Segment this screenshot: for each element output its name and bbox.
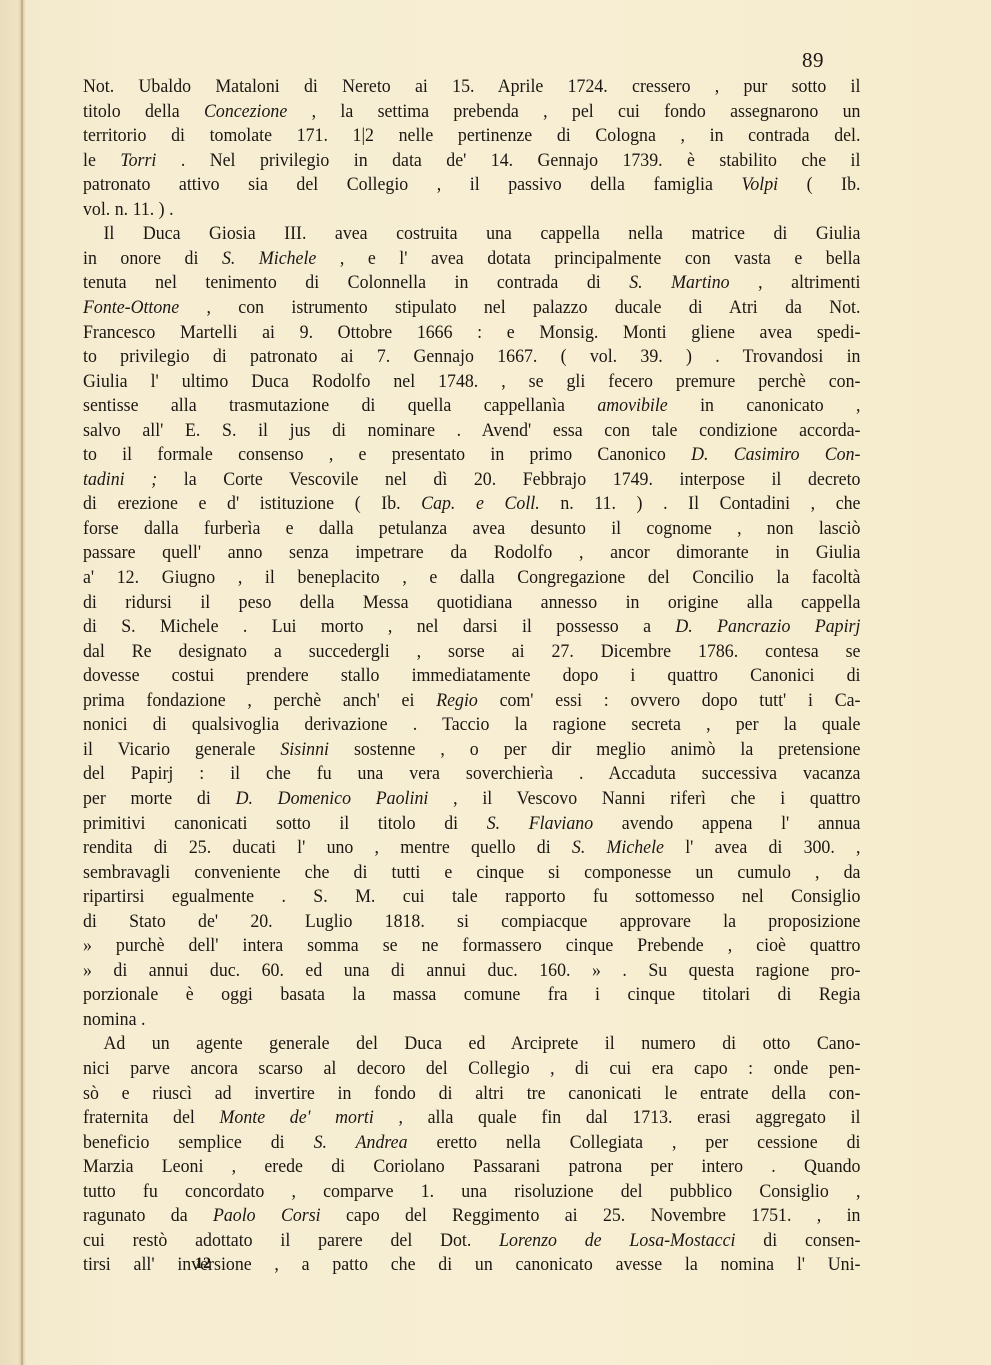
text-run: di Stato de' 20. Luglio 1818. si compiac…	[83, 911, 860, 932]
text-run: Giulia l' ultimo Duca Rodolfo nel 1748. …	[83, 371, 860, 392]
text-line: del Papirj : il che fu una vera soverchi…	[83, 762, 860, 787]
text-run: sentisse alla trasmutazione di quella ca…	[83, 395, 597, 416]
book-gutter-line	[21, 0, 23, 1365]
italic-text: amovibile	[597, 395, 667, 416]
text-line: » di annui duc. 60. ed una di annui duc.…	[83, 959, 860, 984]
text-run: forse dalla furberìa e dalla petulanza a…	[83, 518, 860, 539]
page-number: 89	[802, 48, 824, 73]
text-run: , e l' avea dotata principalmente con va…	[316, 248, 860, 269]
text-run: territorio di tomolate 171. 1|2 nelle pe…	[83, 125, 860, 146]
text-run: capo del Reggimento ai 25. Novembre 1751…	[321, 1205, 861, 1226]
italic-text: Volpi	[741, 174, 778, 195]
text-line: a' 12. Giugno , il beneplacito , e dalla…	[83, 566, 860, 591]
text-run: ripartirsi egualmente . S. M. cui tale r…	[83, 886, 860, 907]
text-line: nonici di qualsivoglia derivazione . Tac…	[83, 713, 860, 738]
text-run: di erezione e d' istituzione ( Ib.	[83, 493, 421, 514]
text-run: Ad un agente generale del Duca ed Arcipr…	[103, 1033, 860, 1054]
text-run: ragunato da	[83, 1205, 213, 1226]
text-run: salvo all' E. S. il jus di nominare . Av…	[83, 420, 860, 441]
italic-text: Cap. e Coll.	[421, 493, 540, 514]
text-line: di erezione e d' istituzione ( Ib. Cap. …	[83, 492, 860, 517]
text-line: nici parve ancora scarso al decoro del C…	[83, 1057, 860, 1082]
text-line: le Torri . Nel privilegio in data de' 14…	[83, 149, 860, 174]
text-run: nici parve ancora scarso al decoro del C…	[83, 1058, 860, 1079]
text-line: territorio di tomolate 171. 1|2 nelle pe…	[83, 124, 860, 149]
text-run: , con istrumento stipulato nel palazzo d…	[179, 297, 860, 318]
text-line: beneficio semplice di S. Andrea eretto n…	[83, 1131, 860, 1156]
text-line: » purchè dell' intera somma se ne formas…	[83, 934, 860, 959]
italic-text: Regio	[436, 690, 478, 711]
text-run: Marzia Leoni , erede di Coriolano Passar…	[83, 1156, 860, 1177]
text-line: Giulia l' ultimo Duca Rodolfo nel 1748. …	[83, 370, 860, 395]
text-line: Francesco Martelli ai 9. Ottobre 1666 : …	[83, 321, 860, 346]
text-line: Fonte-Ottone , con istrumento stipulato …	[83, 296, 860, 321]
text-line: porzionale è oggi basata la massa comune…	[83, 983, 860, 1008]
italic-text: S. Flaviano	[487, 813, 593, 834]
text-run: n. 11. ) . Il Contadini , che	[540, 493, 861, 514]
text-line: fraternita del Monte de' morti , alla qu…	[83, 1106, 860, 1131]
italic-text: Torri	[120, 150, 156, 171]
italic-text: Monte de' morti	[220, 1107, 374, 1128]
text-run: Francesco Martelli ai 9. Ottobre 1666 : …	[83, 322, 860, 343]
text-run: » purchè dell' intera somma se ne formas…	[83, 935, 860, 956]
text-run: nomina .	[83, 1009, 145, 1030]
text-line: to il formale consenso , e presentato in…	[83, 443, 860, 468]
text-run: titolo della	[83, 101, 204, 122]
text-line: Ad un agente generale del Duca ed Arcipr…	[83, 1032, 860, 1057]
italic-text: Lorenzo de Losa-Mostacci	[499, 1230, 735, 1251]
italic-text: D. Domenico Paolini	[236, 788, 429, 809]
text-run: , il Vescovo Nanni riferì che i quattro	[428, 788, 860, 809]
text-line: di S. Michele . Lui morto , nel darsi il…	[83, 615, 860, 640]
text-run: il Vicario generale	[83, 739, 280, 760]
text-run: . Nel privilegio in data de' 14. Gennajo…	[156, 150, 860, 171]
text-line: nomina .	[83, 1008, 860, 1033]
text-run: la Corte Vescovile nel dì 20. Febbrajo 1…	[157, 469, 860, 490]
italic-text: D. Pancrazio Papirj	[675, 616, 860, 637]
text-line: rendita di 25. ducati l' uno , mentre qu…	[83, 836, 860, 861]
text-run: avendo appena l' annua	[593, 813, 860, 834]
text-run: prima fondazione , perchè anch' ei	[83, 690, 436, 711]
text-run: porzionale è oggi basata la massa comune…	[83, 984, 860, 1005]
text-run: , la settima prebenda , pel cui fondo as…	[287, 101, 860, 122]
text-run: Not. Ubaldo Mataloni di Nereto ai 15. Ap…	[83, 76, 860, 97]
text-run: dal Re designato a succedergli , sorse a…	[83, 641, 860, 662]
text-line: cui restò adottato il parere del Dot. Lo…	[83, 1229, 860, 1254]
text-run: , alla quale fin dal 1713. erasi aggrega…	[374, 1107, 861, 1128]
text-run: beneficio semplice di	[83, 1132, 314, 1153]
text-line: Not. Ubaldo Mataloni di Nereto ai 15. Ap…	[83, 75, 860, 100]
italic-text: S. Michele	[222, 248, 316, 269]
text-line: sembravagli conveniente che di tutti e c…	[83, 861, 860, 886]
text-run: primitivi canonicati sotto il titolo di	[83, 813, 487, 834]
signature-mark: 12	[195, 1255, 211, 1273]
text-line: titolo della Concezione , la settima pre…	[83, 100, 860, 125]
text-line: sentisse alla trasmutazione di quella ca…	[83, 394, 860, 419]
text-line: dal Re designato a succedergli , sorse a…	[83, 640, 860, 665]
italic-text: Paolo Corsi	[213, 1205, 321, 1226]
text-run: patronato attivo sia del Collegio , il p…	[83, 174, 741, 195]
text-run: » di annui duc. 60. ed una di annui duc.…	[83, 960, 860, 981]
text-run: del Papirj : il che fu una vera soverchi…	[83, 763, 860, 784]
italic-text: D. Casimiro Con-	[691, 444, 860, 465]
text-run: nonici di qualsivoglia derivazione . Tac…	[83, 714, 860, 735]
text-line: salvo all' E. S. il jus di nominare . Av…	[83, 419, 860, 444]
text-line: Il Duca Giosia III. avea costruita una c…	[83, 222, 860, 247]
text-line: vol. n. 11. ) .	[83, 198, 860, 223]
text-run: di consen-	[735, 1230, 860, 1251]
italic-text: tadini ;	[83, 469, 157, 490]
text-run: per morte di	[83, 788, 236, 809]
text-line: il Vicario generale Sisinni sostenne , o…	[83, 738, 860, 763]
text-line: di Stato de' 20. Luglio 1818. si compiac…	[83, 910, 860, 935]
text-run: sostenne , o per dir meglio animò la pre…	[329, 739, 861, 760]
text-run: Il Duca Giosia III. avea costruita una c…	[103, 223, 860, 244]
text-run: fraternita del	[83, 1107, 220, 1128]
text-run: tenuta nel tenimento di Colonnella in co…	[83, 272, 629, 293]
text-run: rendita di 25. ducati l' uno , mentre qu…	[83, 837, 572, 858]
text-line: ripartirsi egualmente . S. M. cui tale r…	[83, 885, 860, 910]
italic-text: Sisinni	[280, 739, 329, 760]
text-run: a' 12. Giugno , il beneplacito , e dalla…	[83, 567, 860, 588]
text-line: forse dalla furberìa e dalla petulanza a…	[83, 517, 860, 542]
text-run: , altrimenti	[730, 272, 861, 293]
text-run: in canonicato ,	[668, 395, 861, 416]
text-line: patronato attivo sia del Collegio , il p…	[83, 173, 860, 198]
text-run: to il formale consenso , e presentato in…	[83, 444, 691, 465]
text-run: in onore di	[83, 248, 222, 269]
text-run: eretto nella Collegiata , per cessione d…	[407, 1132, 860, 1153]
text-run: tutto fu concordato , comparve 1. una ri…	[83, 1181, 860, 1202]
text-line: Marzia Leoni , erede di Coriolano Passar…	[83, 1155, 860, 1180]
text-run: sò e riuscì ad invertire in fondo di alt…	[83, 1083, 860, 1104]
text-run: le	[83, 150, 120, 171]
text-run: ( Ib.	[778, 174, 860, 195]
text-run: vol. n. 11. ) .	[83, 199, 174, 220]
text-line: in onore di S. Michele , e l' avea dotat…	[83, 247, 860, 272]
text-line: tutto fu concordato , comparve 1. una ri…	[83, 1180, 860, 1205]
text-line: tenuta nel tenimento di Colonnella in co…	[83, 271, 860, 296]
italic-text: S. Michele	[572, 837, 664, 858]
italic-text: S. Andrea	[314, 1132, 408, 1153]
text-run: di S. Michele . Lui morto , nel darsi il…	[83, 616, 675, 637]
text-line: per morte di D. Domenico Paolini , il Ve…	[83, 787, 860, 812]
text-run: cui restò adottato il parere del Dot.	[83, 1230, 499, 1251]
text-line: tadini ; la Corte Vescovile nel dì 20. F…	[83, 468, 860, 493]
text-run: passare quell' anno senza impetrare da R…	[83, 542, 860, 563]
text-line: dovesse costui prendere stallo immediata…	[83, 664, 860, 689]
text-line: di ridursi il peso della Messa quotidian…	[83, 591, 860, 616]
text-run: com' essi : ovvero dopo tutt' i Ca-	[478, 690, 861, 711]
text-run: di ridursi il peso della Messa quotidian…	[83, 592, 860, 613]
text-run: l' avea di 300. ,	[664, 837, 861, 858]
text-line: prima fondazione , perchè anch' ei Regio…	[83, 689, 860, 714]
text-line: to privilegio di patronato ai 7. Gennajo…	[83, 345, 860, 370]
text-line: ragunato da Paolo Corsi capo del Reggime…	[83, 1204, 860, 1229]
text-run: sembravagli conveniente che di tutti e c…	[83, 862, 860, 883]
text-run: to privilegio di patronato ai 7. Gennajo…	[83, 346, 860, 367]
italic-text: Concezione	[204, 101, 287, 122]
text-line: sò e riuscì ad invertire in fondo di alt…	[83, 1082, 860, 1107]
text-line: passare quell' anno senza impetrare da R…	[83, 541, 860, 566]
italic-text: S. Martino	[629, 272, 729, 293]
italic-text: Fonte-Ottone	[83, 297, 179, 318]
text-run: dovesse costui prendere stallo immediata…	[83, 665, 860, 686]
text-line: primitivi canonicati sotto il titolo di …	[83, 812, 860, 837]
